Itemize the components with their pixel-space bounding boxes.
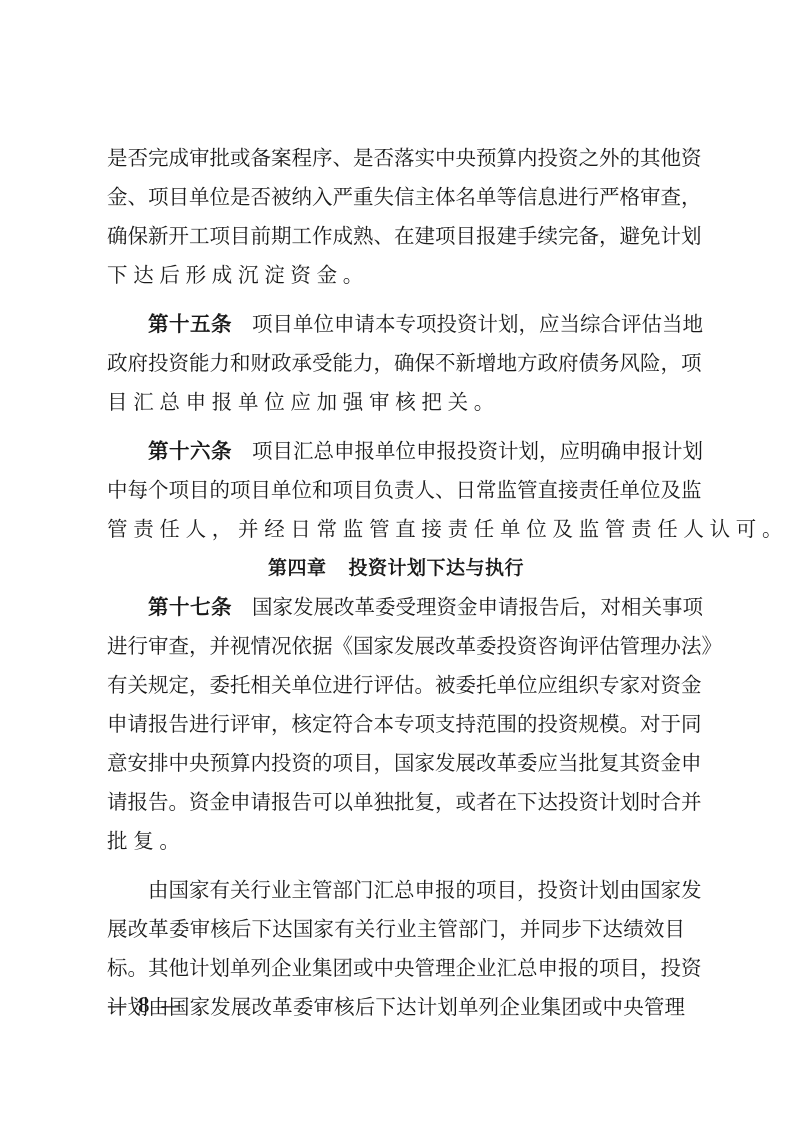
text-line: 第十七条国家发展改革委受理资金申请报告后，对相关事项: [107, 588, 685, 627]
text-line: 第十五条项目单位申请本专项投资计划，应当综合评估当地: [107, 305, 685, 344]
chapter-title: 投资计划下达与执行: [349, 557, 525, 579]
text-line: 是否完成审批或备案程序、是否落实中央预算内投资之外的其他资: [107, 139, 685, 178]
text-line: 意安排中央预算内投资的项目，国家发展改革委应当批复其资金申: [107, 744, 685, 783]
text-line: 政府投资能力和财政承受能力，确保不新增地方政府债务风险，项: [107, 344, 685, 383]
text-line: 批复。: [107, 822, 685, 861]
article-label: 第十六条: [148, 439, 232, 463]
text-line: 请报告。资金申请报告可以单独批复，或者在下达投资计划时合并: [107, 783, 685, 822]
chapter-number: 第四章: [268, 557, 327, 579]
text-span: 项目汇总申报单位申报投资计划，应明确申报计划: [252, 439, 703, 463]
text-line: 申请报告进行评审，核定符合本专项支持范围的投资规模。对于同: [107, 705, 685, 744]
text-span: 项目单位申请本专项投资计划，应当综合评估当地: [252, 312, 703, 336]
text-line: 计划由国家发展改革委审核后下达计划单列企业集团或中央管理: [107, 988, 685, 1027]
text-line: 标。其他计划单列企业集团或中央管理企业汇总申报的项目，投资: [107, 949, 685, 988]
text-line: 目汇总申报单位应加强审核把关。: [107, 383, 685, 422]
paragraph-execution: 由国家有关行业主管部门汇总申报的项目，投资计划由国家发 展改革委审核后下达国家有…: [107, 871, 685, 1027]
article-label: 第十五条: [148, 312, 232, 336]
text-line: 中每个项目的项目单位和项目负责人、日常监管直接责任单位及监: [107, 471, 685, 510]
text-line: 有关规定，委托相关单位进行评估。被委托单位应组织专家对资金: [107, 666, 685, 705]
chapter-heading: 第四章投资计划下达与执行: [107, 549, 685, 588]
article-label: 第十七条: [148, 595, 232, 619]
text-line: 进行审查，并视情况依据《国家发展改革委投资咨询评估管理办法》: [107, 627, 685, 666]
text-line: 由国家有关行业主管部门汇总申报的项目，投资计划由国家发: [107, 871, 685, 910]
document-page: 是否完成审批或备案程序、是否落实中央预算内投资之外的其他资 金、项目单位是否被纳…: [107, 139, 685, 1027]
page-number: — 8 —: [107, 993, 182, 1017]
text-line: 展改革委审核后下达国家有关行业主管部门，并同步下达绩效目: [107, 910, 685, 949]
paragraph-continuation: 是否完成审批或备案程序、是否落实中央预算内投资之外的其他资 金、项目单位是否被纳…: [107, 139, 685, 295]
article-15: 第十五条项目单位申请本专项投资计划，应当综合评估当地 政府投资能力和财政承受能力…: [107, 305, 685, 422]
text-line: 第十六条项目汇总申报单位申报投资计划，应明确申报计划: [107, 432, 685, 471]
text-span: 国家发展改革委受理资金申请报告后，对相关事项: [252, 595, 703, 619]
text-line: 管责任人，并经日常监管直接责任单位及监管责任人认可。: [107, 510, 685, 549]
article-17: 第十七条国家发展改革委受理资金申请报告后，对相关事项 进行审查，并视情况依据《国…: [107, 588, 685, 861]
text-line: 下达后形成沉淀资金。: [107, 256, 685, 295]
text-line: 确保新开工项目前期工作成熟、在建项目报建手续完备，避免计划: [107, 217, 685, 256]
article-16: 第十六条项目汇总申报单位申报投资计划，应明确申报计划 中每个项目的项目单位和项目…: [107, 432, 685, 549]
text-line: 金、项目单位是否被纳入严重失信主体名单等信息进行严格审查，: [107, 178, 685, 217]
